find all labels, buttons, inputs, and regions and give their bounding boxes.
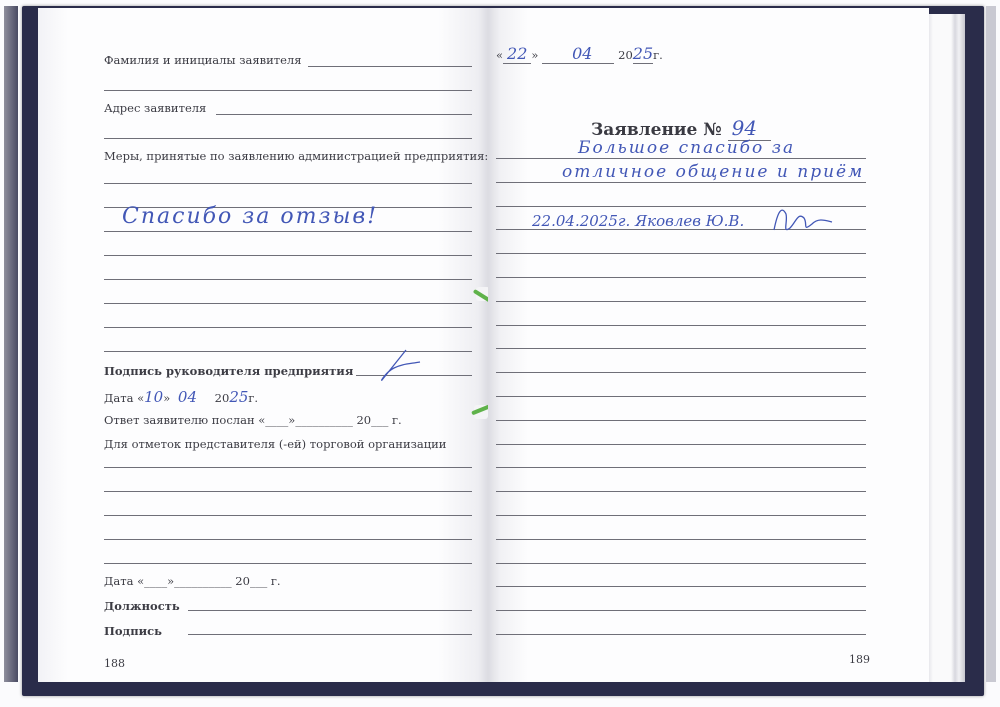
ruled-line[interactable] — [104, 327, 472, 328]
measures-label: Меры, принятые по заявлению администраци… — [104, 149, 488, 163]
ruled-line[interactable] — [496, 253, 866, 254]
ruled-line[interactable] — [496, 420, 866, 421]
applicant-signature-scribble — [768, 200, 838, 240]
page-number-left: 188 — [104, 657, 125, 670]
ruled-line[interactable] — [104, 255, 472, 256]
ruled-line[interactable] — [104, 183, 472, 184]
position-field[interactable] — [188, 610, 472, 611]
ruled-line[interactable] — [496, 301, 866, 302]
date2-label: Дата «____»__________ 20___ г. — [104, 574, 281, 588]
ruled-line[interactable] — [496, 396, 866, 397]
ruled-line[interactable] — [496, 467, 866, 468]
reply-sent-label: Ответ заявителю послан «____»__________ … — [104, 413, 402, 427]
ruled-line[interactable] — [496, 444, 866, 445]
applicant-name-label: Фамилия и инициалы заявителя — [104, 53, 302, 67]
right-date-quote-close: » — [531, 48, 538, 62]
statement-title-label: Заявление № — [591, 120, 722, 140]
ruled-line[interactable] — [496, 348, 866, 349]
right-date-day: 22 — [503, 44, 531, 64]
date-month: 04 — [178, 388, 197, 406]
ruled-line[interactable] — [104, 539, 472, 540]
ruled-line[interactable] — [104, 467, 472, 468]
book-cover-right-edge — [986, 6, 996, 682]
ruled-line[interactable] — [104, 563, 472, 564]
manager-signature-label: Подпись руководителя предприятия — [104, 364, 353, 378]
applicant-address-label: Адрес заявителя — [104, 101, 206, 115]
date-day: 10 — [144, 388, 163, 406]
date-year-suffix: 25 — [229, 388, 248, 406]
date-label: Дата « — [104, 391, 144, 405]
date-year-prefix: 20 — [215, 391, 230, 405]
ruled-line[interactable] — [496, 277, 866, 278]
right-date-row: «22» 04 2025г. — [496, 44, 663, 63]
statement-handwritten-line-3: 22.04.2025г. Яковлев Ю.В. — [532, 212, 744, 230]
ruled-line[interactable] — [104, 231, 472, 232]
ruled-line[interactable] — [496, 515, 866, 516]
statement-title: Заявление № 94 — [591, 116, 771, 140]
measures-handwritten-text: Спасибо за отзыв! — [122, 204, 378, 229]
ruled-line[interactable] — [496, 325, 866, 326]
ruled-line[interactable] — [104, 491, 472, 492]
org-rep-label: Для отметок представителя (-ей) торговой… — [104, 437, 446, 451]
right-date-year-unit: г. — [653, 48, 663, 62]
applicant-name-field[interactable] — [308, 66, 472, 67]
page-number-right: 189 — [849, 653, 870, 666]
applicant-address-field[interactable] — [216, 114, 472, 115]
ruled-line[interactable] — [496, 372, 866, 373]
ruled-line[interactable] — [104, 303, 472, 304]
applicant-name-field-line2[interactable] — [104, 90, 472, 91]
right-date-quote-open: « — [496, 48, 503, 62]
date-quote-close: » — [163, 391, 170, 405]
ruled-line[interactable] — [496, 634, 866, 635]
applicant-address-field-line2[interactable] — [104, 138, 472, 139]
reply-date-row: Дата «10» 04 2025г. — [104, 388, 258, 406]
right-page — [488, 8, 929, 682]
date-year-unit: г. — [248, 391, 258, 405]
statement-handwritten-line-1: Большое спасибо за — [578, 138, 795, 158]
ruled-line[interactable] — [104, 515, 472, 516]
right-date-month: 04 — [542, 44, 614, 64]
ruled-line[interactable] — [496, 491, 866, 492]
ruled-line[interactable] — [496, 586, 866, 587]
right-date-year-prefix: 20 — [618, 48, 633, 62]
page-stack-edge — [929, 14, 965, 682]
ruled-line[interactable] — [496, 563, 866, 564]
signature-label: Подпись — [104, 624, 162, 638]
signature-field[interactable] — [188, 634, 472, 635]
ruled-line[interactable] — [496, 158, 866, 159]
statement-handwritten-line-2: отличное общение и приём — [562, 162, 864, 182]
manager-signature-scribble — [368, 346, 428, 386]
right-date-year-suffix: 25 — [633, 44, 653, 64]
book-cover-left-edge — [4, 6, 18, 682]
ruled-line[interactable] — [496, 539, 866, 540]
position-label: Должность — [104, 599, 180, 613]
ruled-line[interactable] — [496, 610, 866, 611]
ruled-line[interactable] — [104, 279, 472, 280]
